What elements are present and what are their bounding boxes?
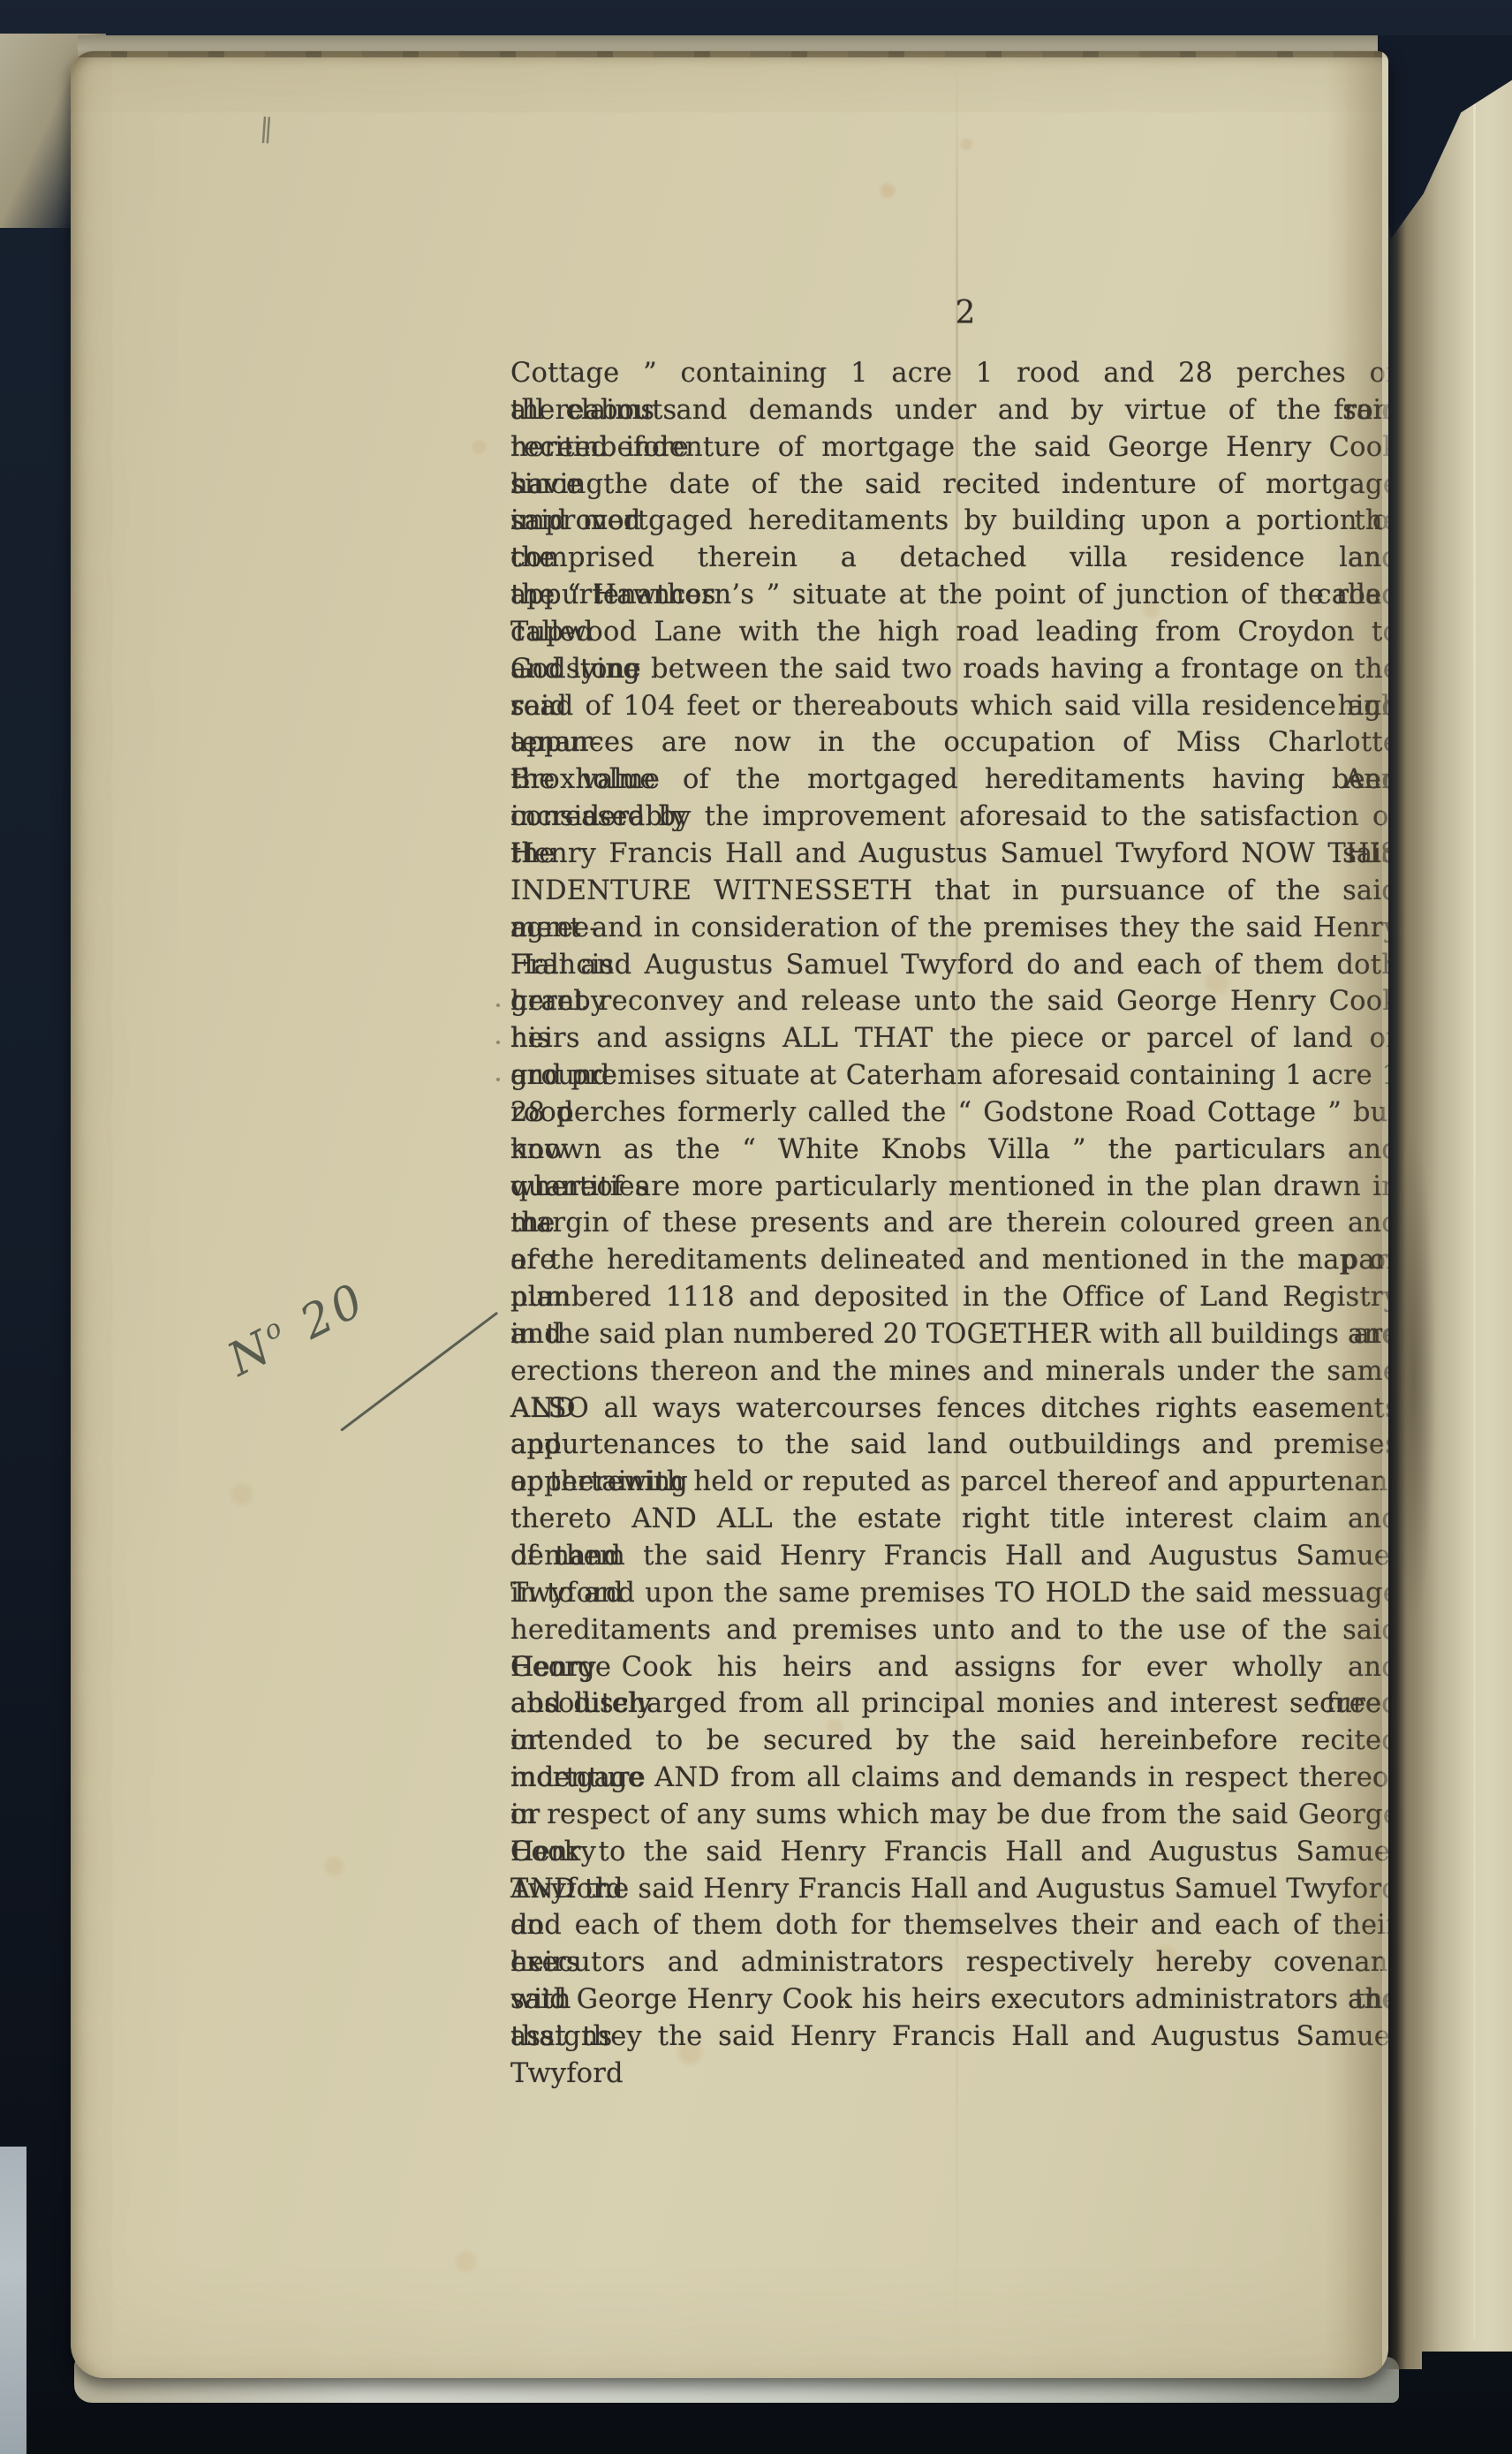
- text-line: heirs and assigns ALL THAT the piece or …: [510, 1020, 1388, 1057]
- margin-ink-dots: [496, 1004, 502, 1115]
- text-line: or therewith held or reputed as parcel t…: [510, 1464, 1388, 1501]
- text-line: erections thereon and the mines and mine…: [510, 1353, 1388, 1390]
- text-line: recited indenture of mortgage the said G…: [510, 429, 1388, 466]
- text-line: comprised therein a detached villa resid…: [510, 540, 1388, 577]
- text-line: road of 104 feet or thereabouts which sa…: [510, 688, 1388, 725]
- text-line: since the date of the said recited inden…: [510, 466, 1388, 504]
- text-line: Cook to the said Henry Francis Hall and …: [510, 1834, 1388, 1871]
- text-line: appurtenances to the said land outbuildi…: [510, 1427, 1388, 1464]
- text-line: executors and administrators respectivel…: [510, 1944, 1388, 1981]
- text-line: thereto AND ALL the estate right title i…: [510, 1501, 1388, 1538]
- text-line: Tupwood Lane with the high road leading …: [510, 614, 1388, 651]
- text-line: increased by the improvement aforesaid t…: [510, 799, 1388, 836]
- book-scan: 2 Cottage ” containing 1 acre 1 rood and…: [0, 0, 1512, 2454]
- text-line: AND the said Henry Francis Hall and Augu…: [510, 1871, 1388, 1908]
- text-line: Cottage ” containing 1 acre 1 rood and 2…: [510, 355, 1388, 392]
- text-line: of the hereditaments delineated and ment…: [510, 1242, 1388, 1279]
- text-line: grant reconvey and release unto the said…: [510, 983, 1388, 1020]
- text-line: and lying between the said two roads hav…: [510, 651, 1388, 688]
- text-line: hereditaments and premises unto and to t…: [510, 1612, 1388, 1649]
- text-line: known as the “ White Knobs Villa ” the p…: [510, 1132, 1388, 1169]
- text-line: in respect of any sums which may be due …: [510, 1797, 1388, 1834]
- document-text: Cottage ” containing 1 acre 1 rood and 2…: [510, 355, 1388, 2056]
- text-line: INDENTURE WITNESSETH that in pursuance o…: [510, 873, 1388, 910]
- facing-page-edge: [1417, 74, 1512, 2352]
- text-line: in the said plan numbered 20 TOGETHER wi…: [510, 1316, 1388, 1353]
- text-line: ALSO all ways watercourses fences ditche…: [510, 1390, 1388, 1428]
- text-line: whereof are more particularly mentioned …: [510, 1169, 1388, 1206]
- text-line: in to and upon the same premises TO HOLD…: [510, 1575, 1388, 1612]
- text-line: the value of the mortgaged hereditaments…: [510, 761, 1388, 799]
- text-line: Henry Cook his heirs and assigns for eve…: [510, 1649, 1388, 1686]
- document-page: 2 Cottage ” containing 1 acre 1 rood and…: [71, 51, 1388, 2378]
- facing-page-seam: [1473, 78, 1476, 2339]
- text-line: said George Henry Cook his heirs executo…: [510, 1981, 1388, 2018]
- margin-note-slash: [340, 1312, 498, 1432]
- text-line: and discharged from all principal monies…: [510, 1685, 1388, 1723]
- text-line: all claims and demands under and by virt…: [510, 392, 1388, 429]
- text-line: margin of these presents and are therein…: [510, 1205, 1388, 1242]
- bottom-left-cloth-edge: [0, 2147, 26, 2454]
- text-line: mortgage AND from all claims and demands…: [510, 1760, 1388, 1797]
- handwritten-margin-note: No 20: [220, 1231, 457, 1387]
- page-curl-shade: [1325, 51, 1388, 2378]
- text-line: the “ Hawthorn’s ” situate at the point …: [510, 577, 1388, 614]
- pencil-corner-mark: ‖: [259, 113, 274, 145]
- margin-note-number: 20: [292, 1273, 374, 1350]
- page-edge-highlight: [1382, 51, 1388, 2378]
- text-line: tenances are now in the occupation of Mi…: [510, 724, 1388, 761]
- text-line: Hall and Augustus Samuel Twyford do and …: [510, 947, 1388, 984]
- text-line: that they the said Henry Francis Hall an…: [510, 2018, 1388, 2056]
- text-line: numbered 1118 and deposited in the Offic…: [510, 1279, 1388, 1316]
- text-line: and premises situate at Caterham aforesa…: [510, 1057, 1388, 1094]
- gutter-shadow-blob: [1392, 1131, 1436, 1625]
- text-line: intended to be secured by the said herei…: [510, 1723, 1388, 1760]
- text-line: ment and in consideration of the premise…: [510, 910, 1388, 947]
- text-line: Henry Francis Hall and Augustus Samuel T…: [510, 836, 1388, 873]
- text-line: and each of them doth for themselves the…: [510, 1907, 1388, 1944]
- page-number: 2: [926, 295, 1005, 331]
- text-line: said mortgaged hereditaments by building…: [510, 503, 1388, 540]
- text-line: 28 perches formerly called the “ Godston…: [510, 1094, 1388, 1132]
- text-line: of them the said Henry Francis Hall and …: [510, 1538, 1388, 1575]
- left-page-edge-stack: [0, 34, 76, 2419]
